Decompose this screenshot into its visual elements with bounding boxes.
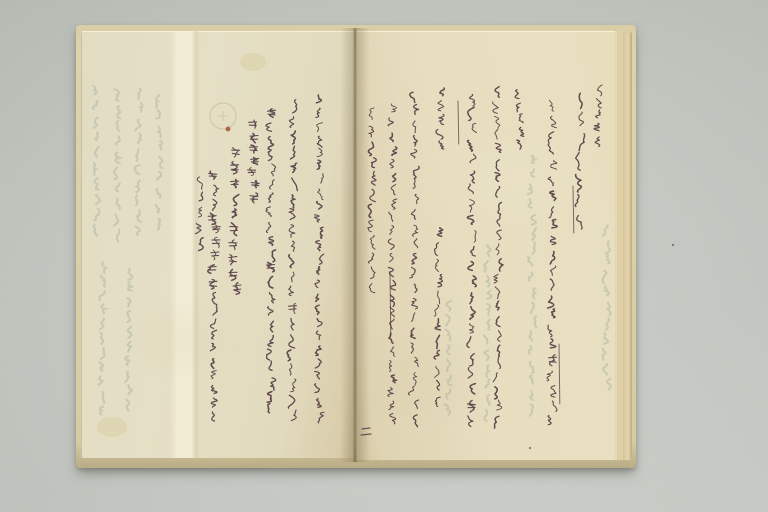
speck: [672, 244, 674, 246]
fore-edge-page-layers: [615, 31, 632, 460]
right-page: [356, 31, 632, 460]
photograph-of-open-manuscript: ろうねんのとひくしろしむさくらはしつうつきわらしくもけふる中よしむをうつくしちの…: [0, 0, 768, 512]
book-gutter-shadow: [340, 28, 370, 462]
left-page: [81, 31, 354, 458]
left-page-fold-band: [170, 31, 200, 458]
